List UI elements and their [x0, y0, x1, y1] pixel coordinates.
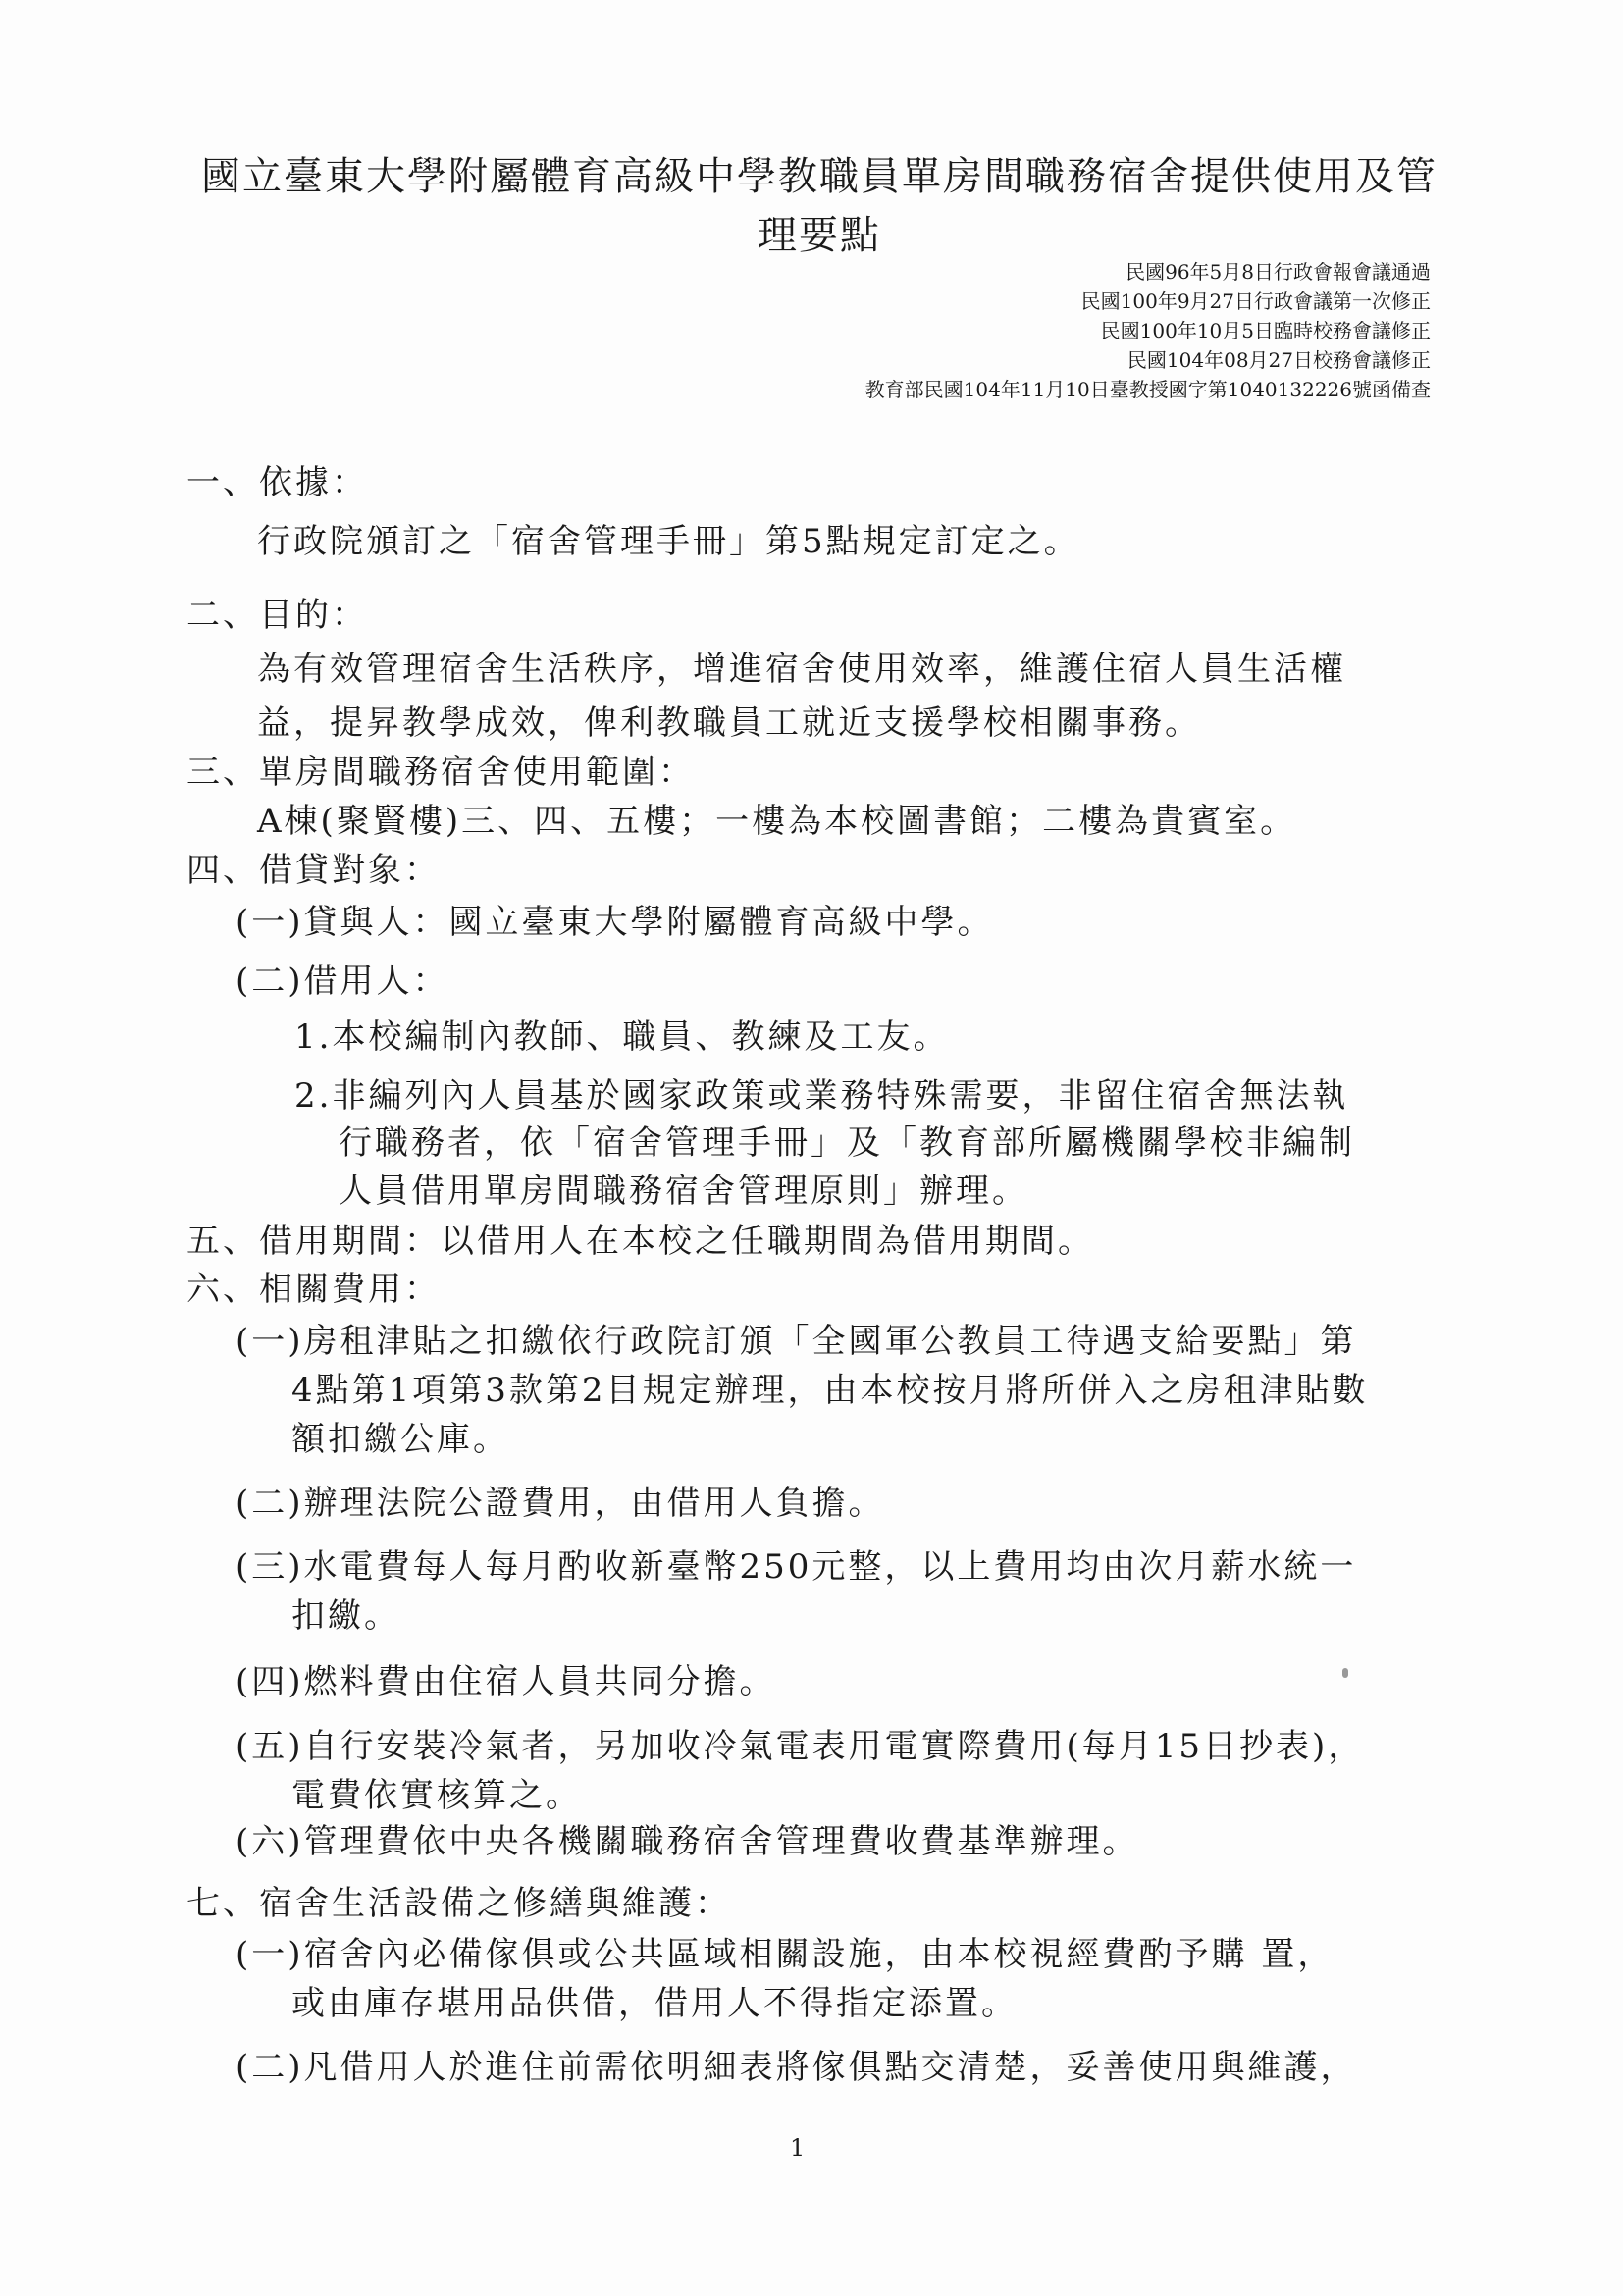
section-6-heading: 六、相關費用： — [186, 1268, 441, 1311]
section-1-body: 行政院頒訂之「宿舍管理手冊」第5點規定訂定之。 — [257, 520, 1080, 563]
revision-entry: 民國104年08月27日校務會議修正 — [865, 345, 1431, 375]
section-6-item-3-line: (三)水電費每人每月酌收新臺幣250元整，以上費用均由次月薪水統一 — [236, 1545, 1356, 1589]
revision-entry: 民國96年5月8日行政會報會議通過 — [865, 257, 1431, 287]
section-3-heading: 三、單房間職務宿舍使用範圍： — [186, 751, 695, 794]
section-5: 五、借用期間：以借用人在本校之任職期間為借用期間。 — [186, 1220, 1094, 1263]
section-4-subitem-2-line: 2.非編列內人員基於國家政策或業務特殊需要，非留住宿舍無法執 — [294, 1074, 1348, 1118]
page-number: 1 — [790, 2134, 805, 2162]
section-4-subitem-2-line: 行職務者，依「宿舍管理手冊」及「教育部所屬機關學校非編制 — [339, 1122, 1355, 1165]
section-7-heading: 七、宿舍生活設備之修繕與維護： — [186, 1882, 731, 1925]
section-7-item-2-line: (二)凡借用人於進住前需依明細表將傢俱點交清楚，妥善使用與維護， — [236, 2046, 1357, 2089]
section-7-item-1-line: (一)宿舍內必備傢俱或公共區域相關設施，由本校視經費酌予購 置， — [236, 1933, 1334, 1976]
scan-speck — [1342, 1668, 1348, 1678]
revision-entry: 教育部民國104年11月10日臺教授國字第1040132226號函備查 — [865, 375, 1431, 404]
section-6-item-1-line: (一)房租津貼之扣繳依行政院訂頒「全國軍公教員工待遇支給要點」第 — [236, 1320, 1357, 1363]
revision-entry: 民國100年9月27日行政會議第一次修正 — [865, 287, 1431, 316]
section-4-heading: 四、借貸對象： — [186, 849, 441, 892]
section-6-item-3-line: 扣繳。 — [291, 1594, 400, 1638]
section-6-item-2: (二)辦理法院公證費用，由借用人負擔。 — [236, 1482, 885, 1525]
section-6-item-6: (六)管理費依中央各機關職務宿舍管理費收費基準辦理。 — [236, 1820, 1139, 1863]
revision-entry: 民國100年10月5日臨時校務會議修正 — [865, 316, 1431, 345]
section-2-heading: 二、目的： — [186, 594, 368, 637]
document-page: 國立臺東大學附屬體育高級中學教職員單房間職務宿舍提供使用及管 理要點 民國96年… — [0, 0, 1623, 2296]
section-2-body-line: 益，提昇教學成效，俾利教職員工就近支援學校相關事務。 — [257, 702, 1201, 745]
section-4-subitem-1: 1.本校編制內教師、職員、教練及工友。 — [294, 1016, 949, 1059]
section-4-item-2: (二)借用人： — [236, 960, 449, 1003]
document-title-line-1: 國立臺東大學附屬體育高級中學教職員單房間職務宿舍提供使用及管 — [186, 147, 1452, 206]
document-title-line-2: 理要點 — [186, 206, 1452, 265]
section-4-item-1: (一)貸與人：國立臺東大學附屬體育高級中學。 — [236, 901, 994, 944]
section-4-subitem-2-line: 人員借用單房間職務宿舍管理原則」辦理。 — [339, 1170, 1028, 1213]
section-3-body: A棟(聚賢樓)三、四、五樓；一樓為本校圖書館；二樓為貴賓室。 — [257, 800, 1296, 843]
section-7-item-1-line: 或由庫存堪用品供借，借用人不得指定添置。 — [291, 1982, 1018, 2025]
section-6-item-1-line: 額扣繳公庫。 — [291, 1418, 509, 1461]
section-6-item-5-line: (五)自行安裝冷氣者，另加收冷氣電表用電實際費用(每月15日抄表)， — [236, 1725, 1364, 1768]
section-2-body-line: 為有效管理宿舍生活秩序，增進宿舍使用效率，維護住宿人員生活權 — [257, 648, 1346, 691]
revision-history: 民國96年5月8日行政會報會議通過 民國100年9月27日行政會議第一次修正 民… — [865, 257, 1431, 404]
section-6-item-1-line: 4點第1項第3款第2目規定辦理，由本校按月將所併入之房租津貼數 — [291, 1369, 1369, 1412]
section-6-item-5-line: 電費依實核算之。 — [291, 1774, 582, 1817]
section-6-item-4: (四)燃料費由住宿人員共同分擔。 — [236, 1660, 776, 1703]
section-1-heading: 一、依據： — [186, 461, 368, 504]
